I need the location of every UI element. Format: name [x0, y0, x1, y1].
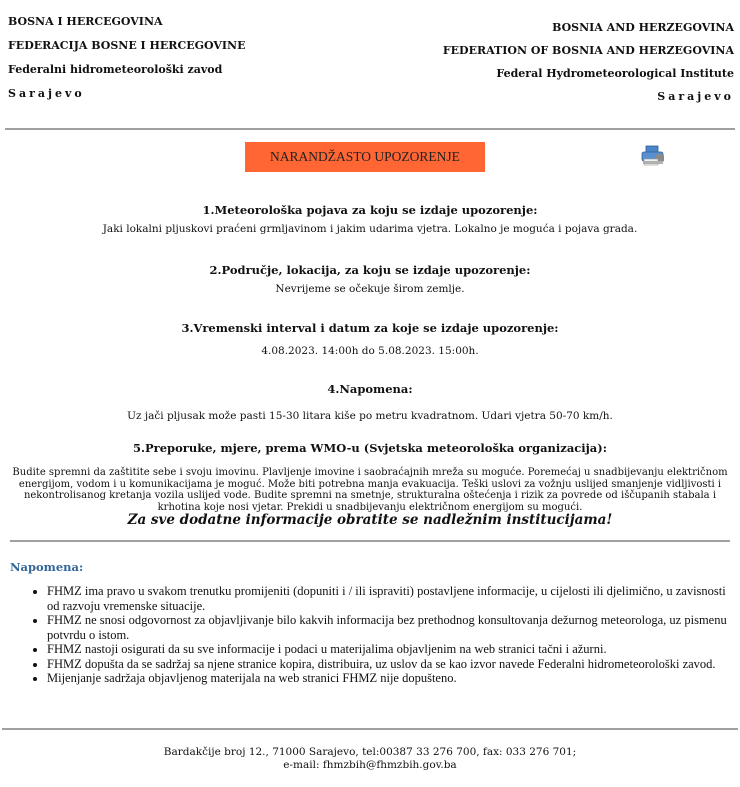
warning-level-label: NARANDŽASTO UPOZORENJE	[270, 149, 460, 165]
section-title: 4.Napomena:	[0, 382, 740, 396]
footer-email[interactable]: e-mail: fhmzbih@fhmzbih.gov.ba	[0, 759, 740, 772]
list-item: FHMZ ne snosi odgovornost za objavljivan…	[47, 613, 737, 642]
city-local: Sarajevo	[8, 86, 246, 110]
institute-name-local: Federalni hidrometeorološki zavod	[8, 62, 246, 86]
section-time-interval: 3.Vremenski interval i datum za koje se …	[0, 321, 740, 357]
section-area: 2.Područje, lokacija, za koju se izdaje …	[0, 263, 740, 295]
institute-name-english: Federal Hydrometeorological Institute	[443, 66, 734, 89]
section-recommendations: 5.Preporuke, mjere, prema WMO-u (Svjetsk…	[0, 441, 740, 528]
list-item: FHMZ dopušta da se sadržaj sa njene stra…	[47, 657, 737, 672]
footer: Bardakčije broj 12., 71000 Sarajevo, tel…	[0, 746, 740, 771]
section-phenomenon: 1.Meteorološka pojava za koju se izdaje …	[0, 203, 740, 235]
closing-notice: Za sve dodatne informacije obratite se n…	[0, 513, 740, 528]
section-title: 1.Meteorološka pojava za koju se izdaje …	[0, 203, 740, 217]
printer-icon[interactable]	[640, 145, 666, 167]
header-left: BOSNA I HERCEGOVINA FEDERACIJA BOSNE I H…	[8, 14, 246, 110]
list-item: Mijenjanje sadržaja objavljenog materija…	[47, 671, 737, 686]
list-item: FHMZ nastoji osigurati da su sve informa…	[47, 642, 737, 657]
country-name-local: BOSNA I HERCEGOVINA	[8, 14, 246, 38]
divider-middle	[10, 540, 730, 542]
federation-name-english: FEDERATION OF BOSNIA AND HERZEGOVINA	[443, 43, 734, 66]
section-text: 4.08.2023. 14:00h do 5.08.2023. 15:00h.	[0, 345, 740, 357]
section-text: Jaki lokalni pljuskovi praćeni grmljavin…	[0, 223, 740, 235]
list-item: FHMZ ima pravo u svakom trenutku promije…	[47, 584, 737, 613]
divider-top	[5, 128, 735, 130]
divider-bottom	[2, 728, 738, 730]
section-title: 5.Preporuke, mjere, prema WMO-u (Svjetsk…	[0, 441, 740, 455]
section-note: 4.Napomena: Uz jači pljusak može pasti 1…	[0, 382, 740, 422]
notes-label: Napomena:	[10, 560, 83, 574]
warning-level-badge: NARANDŽASTO UPOZORENJE	[245, 142, 485, 172]
federation-name-local: FEDERACIJA BOSNE I HERCEGOVINE	[8, 38, 246, 62]
country-name-english: BOSNIA AND HERZEGOVINA	[443, 20, 734, 43]
section-text: Budite spremni da zaštitite sebe i svoju…	[10, 467, 730, 513]
footer-address: Bardakčije broj 12., 71000 Sarajevo, tel…	[0, 746, 740, 759]
header-right: BOSNIA AND HERZEGOVINA FEDERATION OF BOS…	[443, 20, 734, 112]
city-english: Sarajevo	[443, 89, 734, 112]
section-title: 2.Područje, lokacija, za koju se izdaje …	[0, 263, 740, 277]
section-title: 3.Vremenski interval i datum za koje se …	[0, 321, 740, 335]
section-text: Uz jači pljusak može pasti 15-30 litara …	[0, 410, 740, 422]
section-text: Nevrijeme se očekuje širom zemlje.	[0, 283, 740, 295]
notes-list: FHMZ ima pravo u svakom trenutku promije…	[27, 584, 737, 686]
